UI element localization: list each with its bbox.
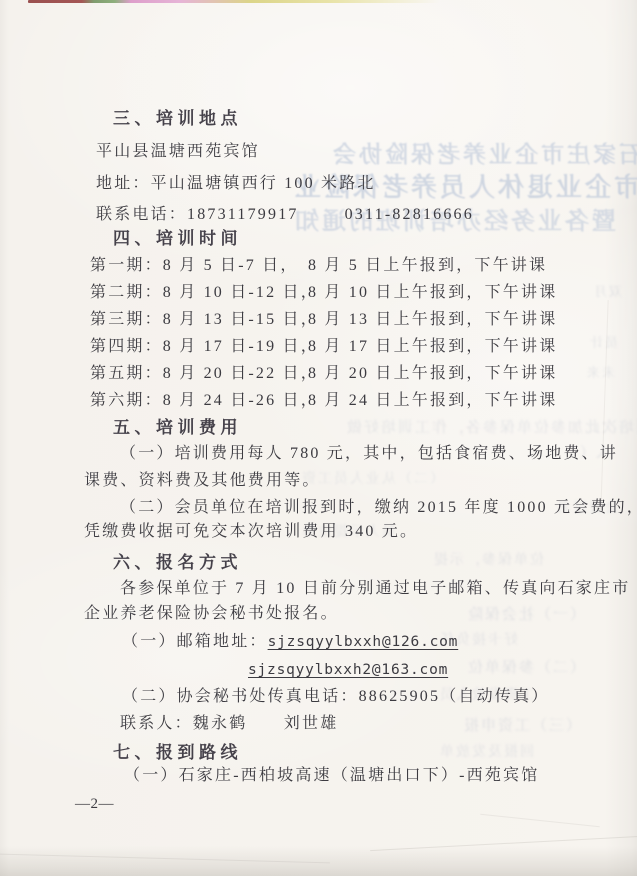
email-label: （一）邮箱地址： bbox=[122, 633, 268, 650]
schedule-row: 第二期：8 月 10 日-12 日，8 月 10 日上午报到，下午讲课 bbox=[90, 282, 557, 304]
phone-line: 联系电话：187311799170311-82816666 bbox=[96, 204, 474, 226]
bleedthrough-line: 员计 bbox=[588, 332, 618, 351]
bleedthrough-line: 未来 bbox=[585, 362, 615, 381]
contacts-line: 联系人：魏永鹤 刘世雄 bbox=[120, 713, 338, 735]
schedule-row: 第六期：8 月 24 日-26 日，8 月 24 日上午报到，下午讲课 bbox=[90, 390, 557, 412]
bleedthrough-title: 石家庄市企业养老保险协会 bbox=[330, 136, 637, 169]
email-address-1: sjzsqyylbxxh@126.com bbox=[268, 634, 459, 650]
schedule-dates: 第六期：8 月 24 日-26 日， bbox=[90, 390, 308, 412]
bleedthrough-line: 位单保参，示提 bbox=[432, 549, 544, 569]
bleedthrough-line: （二）从业人员工资 bbox=[300, 468, 444, 488]
scan-artifact-strip bbox=[28, 0, 440, 3]
fees-line: 课费、资料费及其他费用等。 bbox=[84, 470, 321, 492]
bleedthrough-line: （一）社会保险 bbox=[466, 603, 585, 624]
address-line: 地址：平山温塘镇西行 100 米路北 bbox=[96, 173, 376, 195]
schedule-row: 第三期：8 月 13 日-15 日，8 月 13 日上午报到，下午讲课 bbox=[90, 309, 557, 331]
email-line-2: sjzsqyylbxxh2@163.com bbox=[248, 659, 448, 681]
fees-line: 凭缴费收据可免交本次培训费用 340 元。 bbox=[84, 521, 418, 543]
route-line: （一）石家庄-西柏坡高速（温塘出口下）-西苑宾馆 bbox=[124, 765, 539, 787]
schedule-dates: 第二期：8 月 10 日-12 日， bbox=[90, 282, 308, 304]
bleedthrough-line: 训培次此加参位单保参各，作工训培好做 bbox=[345, 416, 637, 437]
section-heading-location: 三、培训地点 bbox=[113, 108, 242, 130]
page-number: —2— bbox=[75, 793, 114, 815]
schedule-dates: 第一期：8 月 5 日-7 日， bbox=[90, 255, 308, 277]
paper-crease bbox=[480, 814, 599, 828]
schedule-row: 第五期：8 月 20 日-22 日，8 月 20 日上午报到，下午讲课 bbox=[90, 363, 557, 385]
section-heading-fees: 五、培训费用 bbox=[113, 417, 242, 439]
email-line: （一）邮箱地址：sjzsqyylbxxh@126.com bbox=[122, 631, 458, 653]
schedule-report: 8 月 5 日上午报到，下午讲课 bbox=[308, 257, 547, 274]
registration-intro: 企业养老保险协会秘书处报名。 bbox=[84, 603, 339, 625]
schedule-report: 8 月 13 日上午报到，下午讲课 bbox=[308, 311, 557, 328]
scanned-document-page: 石家庄市企业养老保险协会 关于举办全市企业退休人员养老保险业 暨各业务经办培训班… bbox=[0, 0, 637, 876]
bleedthrough-line: （三）工资申报 bbox=[462, 714, 581, 735]
phone-number-2: 0311-82816666 bbox=[345, 206, 474, 223]
schedule-dates: 第四期：8 月 17 日-19 日， bbox=[90, 336, 308, 358]
schedule-report: 8 月 10 日上午报到，下午讲课 bbox=[308, 284, 557, 301]
section-heading-registration: 六、报名方式 bbox=[113, 552, 242, 574]
schedule-row: 第一期：8 月 5 日-7 日，8 月 5 日上午报到，下午讲课 bbox=[90, 255, 547, 277]
fees-line: （二）会员单位在培训报到时，缴纳 2015 年度 1000 元会费的， bbox=[120, 497, 637, 519]
venue-line: 平山县温塘西苑宾馆 bbox=[96, 141, 260, 163]
phone-number-1: 联系电话：18731179917 bbox=[96, 206, 299, 223]
schedule-report: 8 月 20 日上午报到，下午讲课 bbox=[308, 365, 557, 382]
schedule-report: 8 月 17 日上午报到，下午讲课 bbox=[308, 338, 557, 355]
bleedthrough-line: 双月 bbox=[592, 281, 622, 300]
schedule-report: 8 月 24 日上午报到，下午讲课 bbox=[308, 392, 557, 409]
schedule-dates: 第三期：8 月 13 日-15 日， bbox=[90, 309, 308, 331]
fax-line: （二）协会秘书处传真电话：88625905（自动传真） bbox=[122, 686, 549, 708]
section-heading-schedule: 四、培训时间 bbox=[113, 228, 242, 250]
email-address-2: sjzsqyylbxxh2@163.com bbox=[248, 662, 448, 678]
schedule-dates: 第五期：8 月 20 日-22 日， bbox=[90, 363, 308, 385]
bleedthrough-line: （二）参保单位 bbox=[466, 656, 585, 677]
paper-crease bbox=[0, 854, 330, 864]
registration-intro: 各参保单位于 7 月 10 日前分别通过电子邮箱、传真向石家庄市 bbox=[120, 578, 630, 600]
paper-crease bbox=[370, 836, 637, 851]
schedule-row: 第四期：8 月 17 日-19 日，8 月 17 日上午报到，下午讲课 bbox=[90, 336, 557, 358]
fees-line: （一）培训费用每人 780 元，其中，包括食宿费、场地费、讲 bbox=[120, 443, 618, 465]
section-heading-route: 七、报到路线 bbox=[113, 742, 242, 764]
bleedthrough-line: 回报及发放单 bbox=[438, 741, 534, 761]
